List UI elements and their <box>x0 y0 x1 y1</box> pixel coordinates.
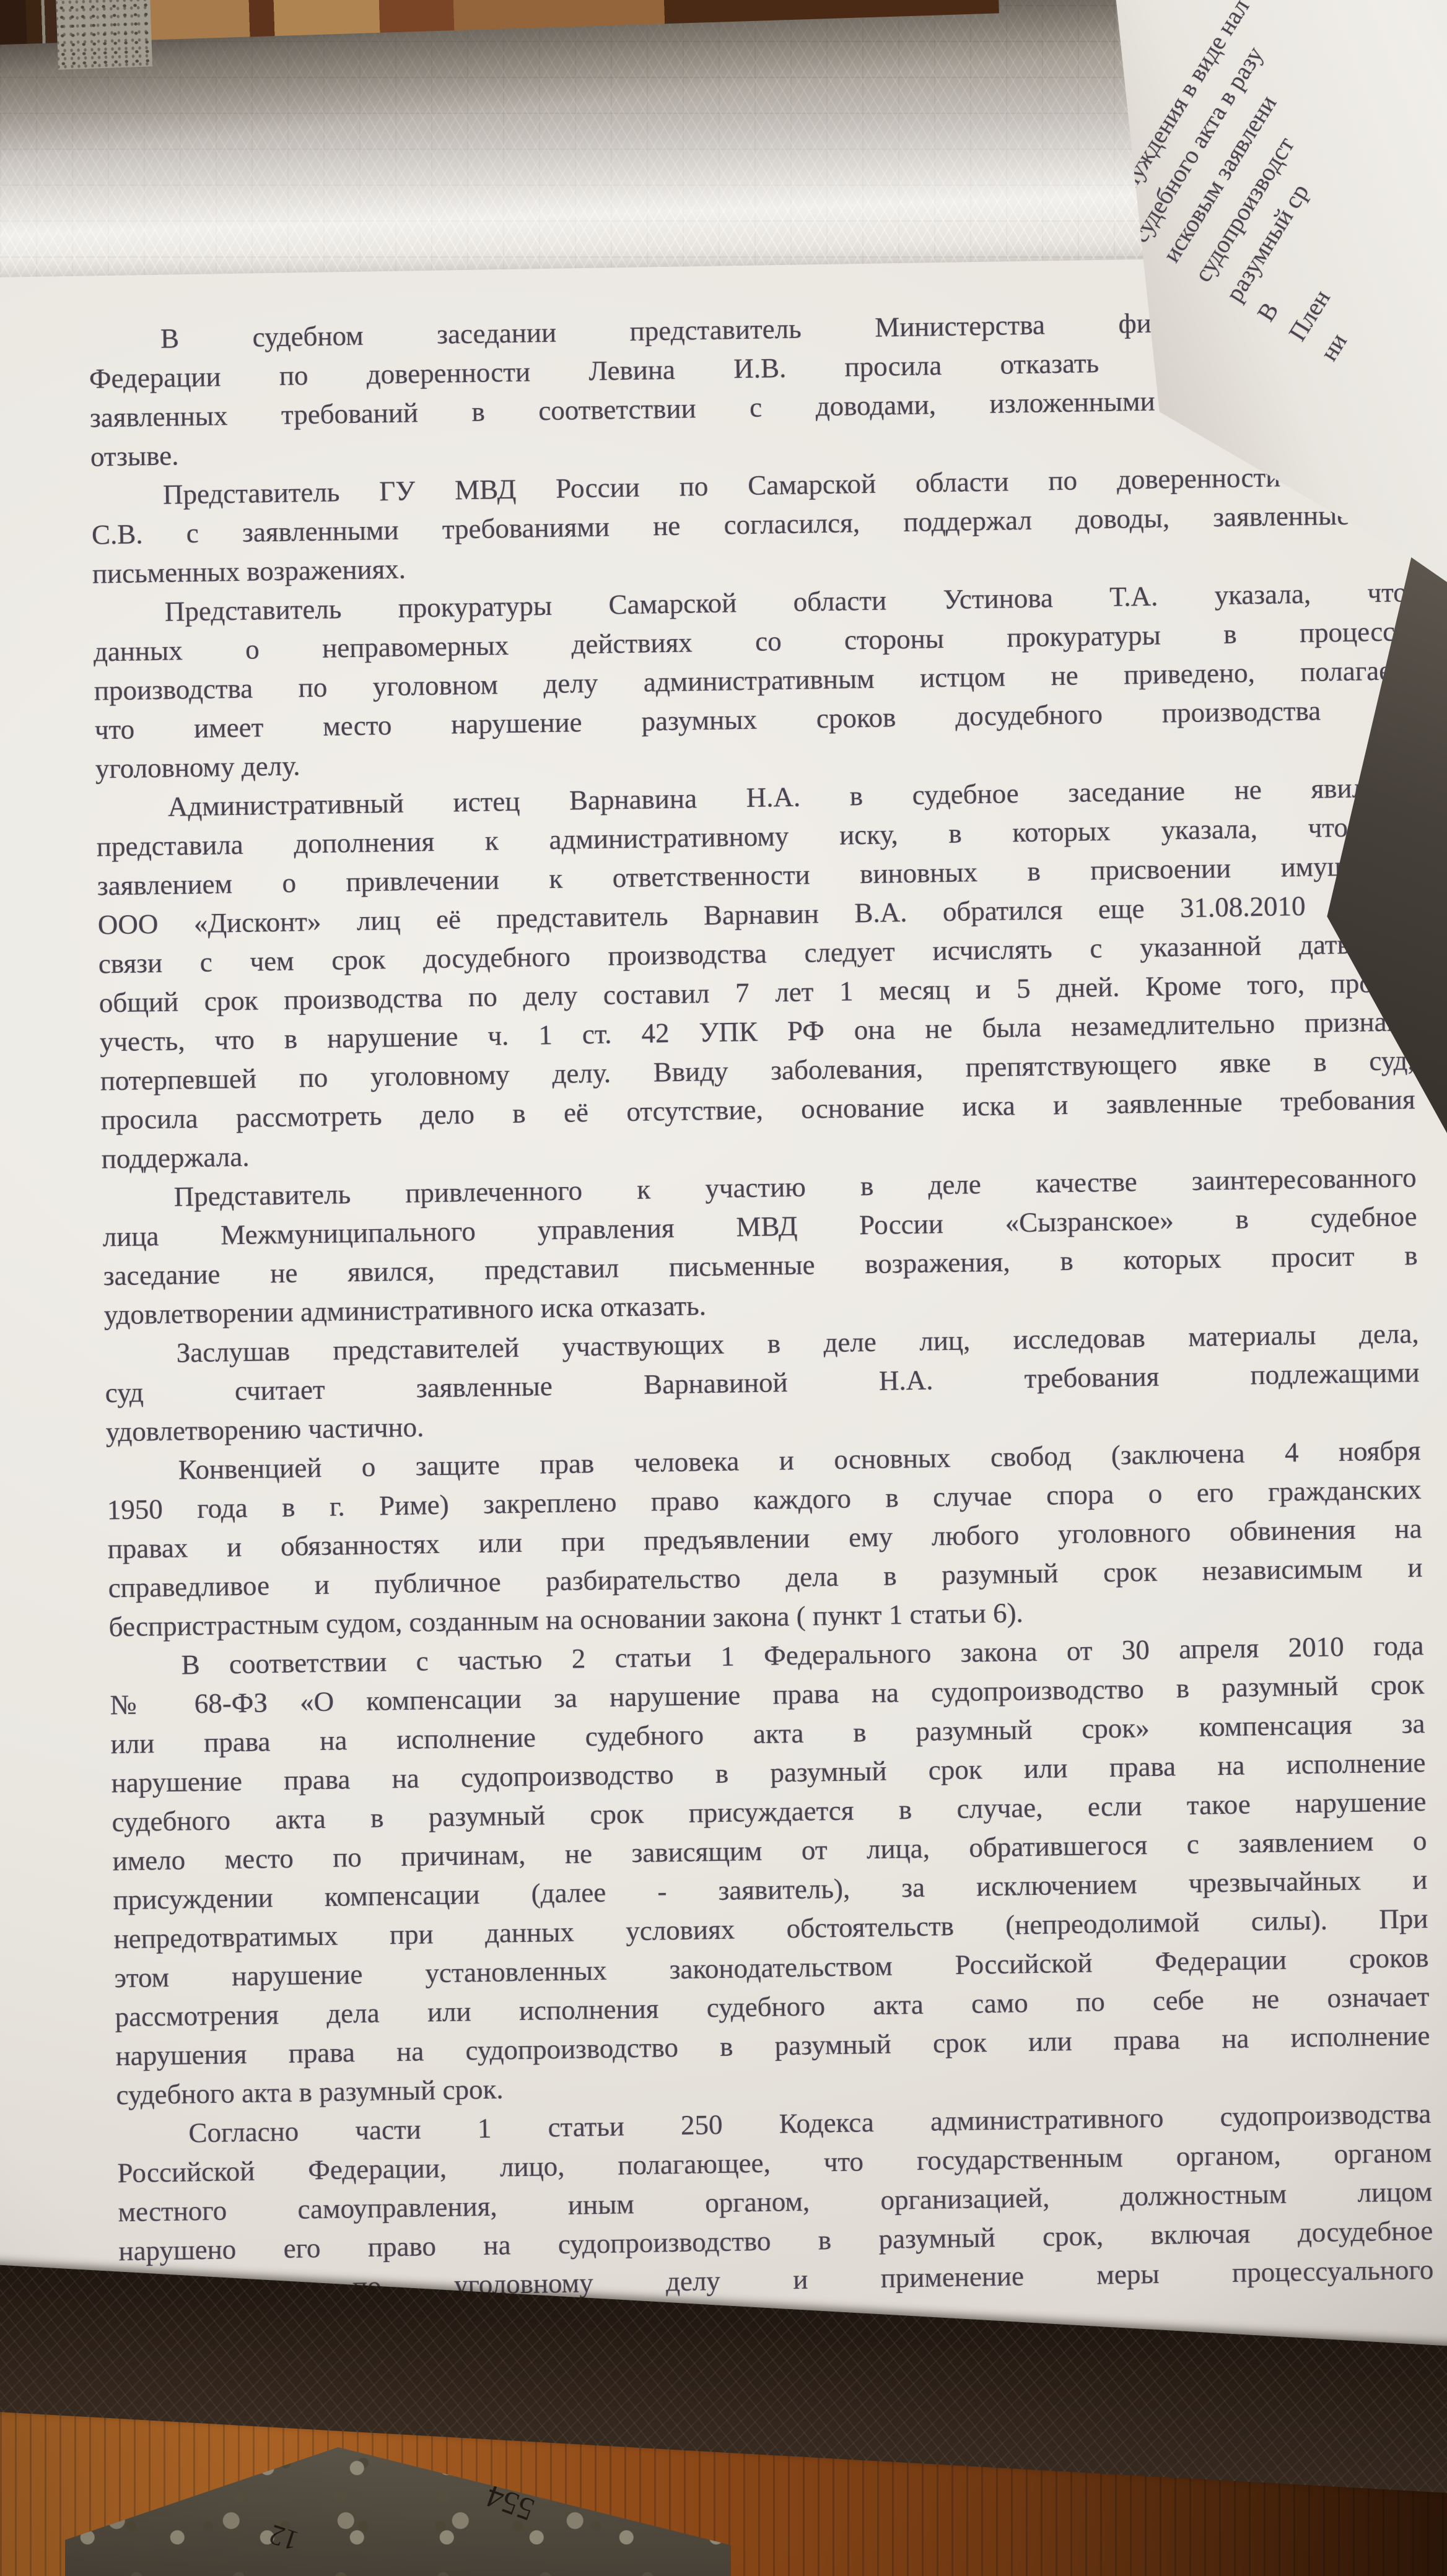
document-text: В судебном заседании представитель Минис… <box>89 300 1434 2310</box>
granite-tile <box>56 0 152 70</box>
document-page: В судебном заседании представитель Минис… <box>0 255 1447 2384</box>
photo-scene: В судебном заседании представитель Минис… <box>0 0 1447 2576</box>
fabric-marking: 12 <box>265 2518 302 2558</box>
